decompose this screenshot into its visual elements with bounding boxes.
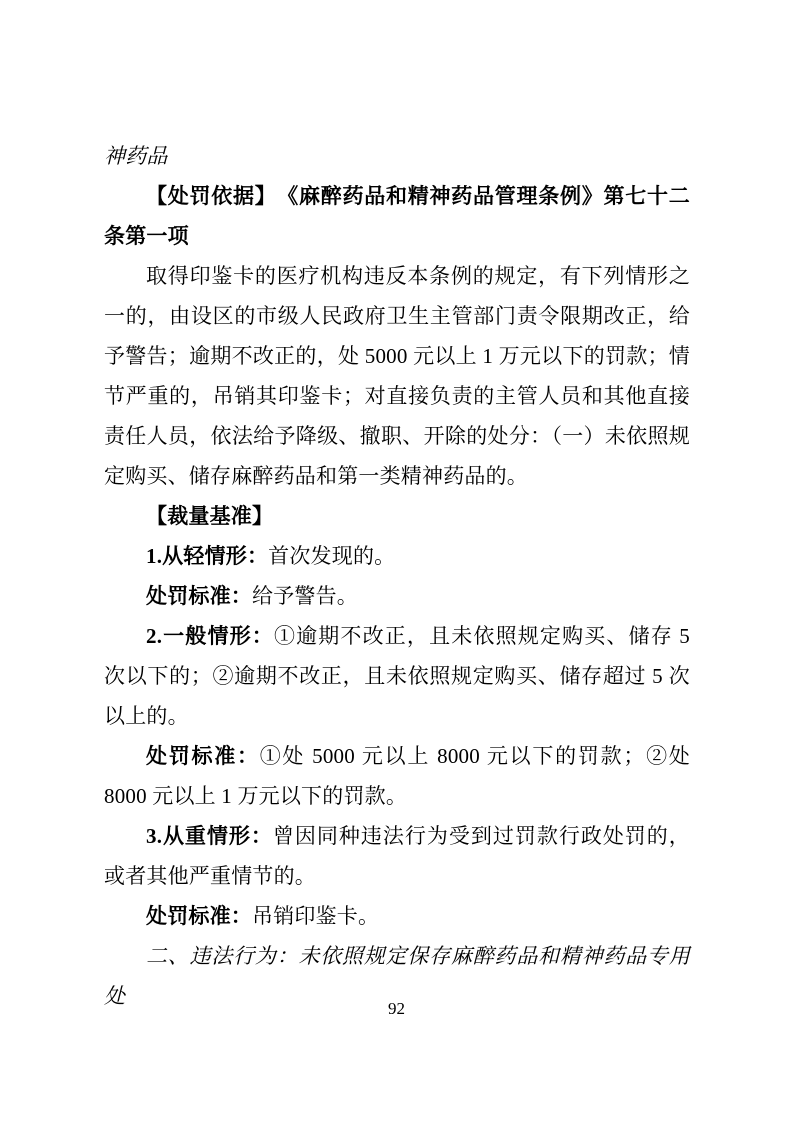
text-segment-regular: 取得印鉴卡的医疗机构违反本条例的规定，有下列情形之一的，由设区的市级人民政府卫生… — [104, 264, 690, 488]
lenient-circumstance: 1.从轻情形：首次发现的。 — [104, 536, 690, 576]
aggravating-circumstance: 3.从重情形：曾因同种违法行为受到过罚款行政处罚的，或者其他严重情节的。 — [104, 816, 690, 896]
text-segment-bold: 1.从轻情形： — [146, 544, 268, 568]
penalty-standard-lenient: 处罚标准：给予警告。 — [104, 576, 690, 616]
text-segment-kai: 神药品 — [104, 144, 168, 168]
document-body: 神药品【处罚依据】 《麻醉药品和精神药品管理条例》第七十二条第一项取得印鉴卡的医… — [104, 136, 690, 1016]
penalty-basis-heading: 【处罚依据】 《麻醉药品和精神药品管理条例》第七十二条第一项 — [104, 176, 690, 256]
page-number: 92 — [0, 998, 793, 1020]
text-segment-bold: 2.一般情形： — [146, 624, 274, 648]
text-segment-bold: 【处罚依据】 《麻醉药品和精神药品管理条例》第七十二条第一项 — [104, 184, 690, 248]
general-circumstance: 2.一般情形：①逾期不改正，且未依照规定购买、储存 5 次以下的；②逾期不改正，… — [104, 616, 690, 736]
text-segment-bold: 【裁量基准】 — [146, 504, 273, 528]
text-segment-bold: 处罚标准： — [146, 584, 252, 608]
text-segment-regular: 给予警告。 — [252, 584, 358, 608]
text-segment-bold: 处罚标准： — [146, 904, 252, 928]
discretion-benchmark-heading: 【裁量基准】 — [104, 496, 690, 536]
continuation-line: 神药品 — [104, 136, 690, 176]
text-segment-regular: 首次发现的。 — [268, 544, 395, 568]
text-segment-regular: 吊销印鉴卡。 — [252, 904, 379, 928]
legal-provision-text: 取得印鉴卡的医疗机构违反本条例的规定，有下列情形之一的，由设区的市级人民政府卫生… — [104, 256, 690, 496]
page-background: 神药品【处罚依据】 《麻醉药品和精神药品管理条例》第七十二条第一项取得印鉴卡的医… — [0, 0, 793, 1122]
penalty-standard-aggravating: 处罚标准：吊销印鉴卡。 — [104, 896, 690, 936]
text-segment-bold: 处罚标准： — [146, 744, 260, 768]
document-page: { "document": { "paragraphs": [ { "name"… — [0, 0, 793, 1122]
penalty-standard-general: 处罚标准：①处 5000 元以上 8000 元以下的罚款；②处 8000 元以上… — [104, 736, 690, 816]
text-segment-bold: 3.从重情形： — [146, 824, 273, 848]
